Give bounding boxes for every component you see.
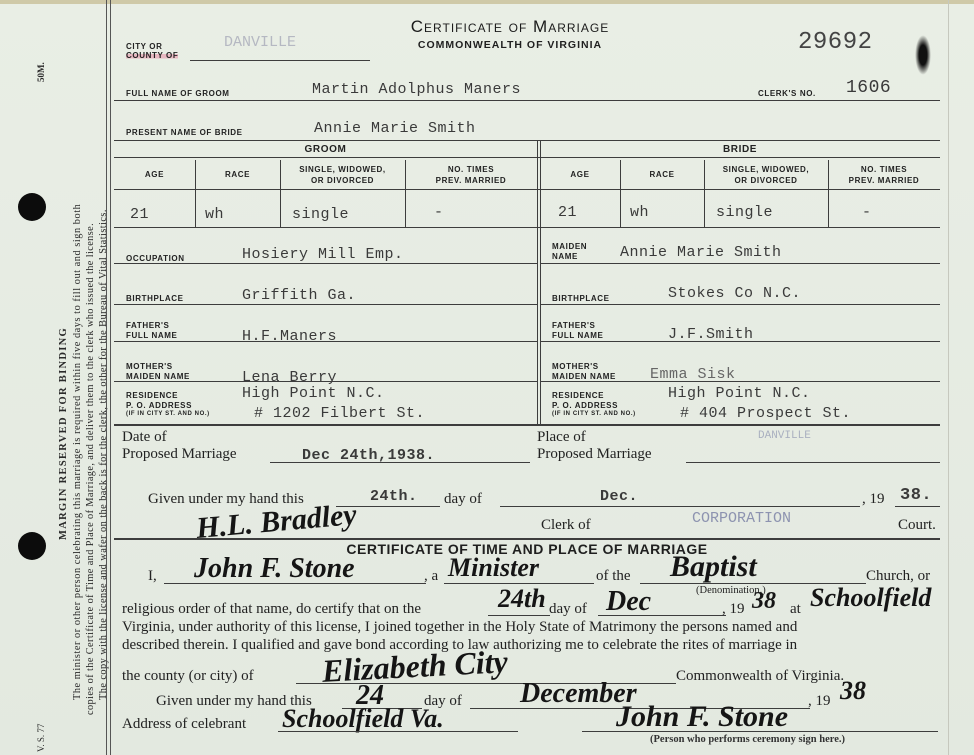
bride-mother-label-1: Mother's [552,362,599,371]
groom-residence-street: # 1202 Filbert St. [254,405,425,422]
bride-birthplace: Stokes Co N.C. [668,285,801,302]
given-year-prefix: , 19 [862,491,885,508]
groom-birthplace-label: Birthplace [126,294,184,303]
groom-occupation-label: Occupation [126,254,185,263]
section-divider-2 [114,538,940,540]
row-line [114,341,537,342]
ink-blot [915,35,931,75]
place-line [686,462,940,463]
officiant-title: Minister [448,553,539,583]
bride-name-label: Present Name of Bride [126,128,243,137]
religious-order-text: religious order of that name, do certify… [122,601,421,618]
marriage-certificate: 50M. V. S. 77 MARGIN RESERVED FOR BINDIN… [0,0,974,755]
groom-race: wh [205,206,224,223]
bride-times-header-1: No. Times [828,165,940,174]
bride-times-header-2: Prev. Married [828,176,940,185]
proposed-place: DANVILLE [758,430,811,442]
binding-margin: 50M. V. S. 77 MARGIN RESERVED FOR BINDIN… [0,0,108,755]
groom-name-label: Full Name of Groom [126,89,230,98]
ceremony-location: Schoolfield [810,583,931,613]
bride-race-header: Race [620,170,704,179]
given-year: 38. [900,486,932,505]
groom-times-married: - [434,204,444,221]
groom-mother-label-1: Mother's [126,362,173,371]
margin-rule-2 [110,0,111,755]
commonwealth-label: Commonwealth of Virginia. [676,668,844,685]
ceremony-at: at [790,601,801,618]
place-label-1: Place of [537,429,586,446]
ceremony-year: 38 [752,588,776,615]
ceremony-month: Dec [606,586,651,618]
bride-maiden-label-1: Maiden [552,242,587,251]
denomination: Baptist [670,550,757,584]
bride-maiden-label-2: Name [552,252,578,261]
county-label: the county (or city) of [122,668,254,685]
margin-instruction-2: copies of the Certificate of Time and Pl… [85,223,96,715]
bride-status: single [716,204,773,221]
row-line [114,381,537,382]
groom-name-value: Martin Adolphus Maners [312,81,521,98]
section-divider [114,424,940,426]
groom-birthplace: Griffith Ga. [242,287,356,304]
date-label-2: Proposed Marriage [122,446,237,463]
groom-father-label-2: Full Name [126,331,177,340]
groom-race-header: Race [195,170,280,179]
bride-status-header-1: Single, Widowed, [704,165,828,174]
bride-father-label-2: Full Name [552,331,603,340]
ceremony-given-year-prefix: , 19 [808,693,831,710]
clerk-no-value: 1606 [846,78,891,98]
groom-age-header: Age [114,170,195,179]
bride-name-line [114,140,940,141]
bride-race: wh [630,204,649,221]
bride-status-header-2: or Divorced [704,176,828,185]
groom-father: H.F.Maners [242,328,337,345]
bride-father-label-1: Father's [552,321,595,330]
groom-age: 21 [130,206,149,223]
county-label: County of [126,51,178,60]
form-code: V. S. 77 [36,724,46,752]
margin-instruction-1: The minister or other person celebrating… [72,204,83,700]
row-line [540,304,940,305]
center-divider [537,140,538,425]
address-line [278,731,518,732]
city-label-1: City or [126,42,163,51]
bride-residence-label-3: (If in city st. and no.) [552,411,636,417]
groom-residence-label-1: Residence [126,391,178,400]
bride-residence-label-2: P. O. Address [552,401,618,410]
court-label: Court. [898,517,936,534]
signature-caption: (Person who performs ceremony sign here.… [650,734,845,745]
certificate-number: 29692 [798,29,873,56]
form-count: 50M. [36,62,46,82]
groom-residence-label-2: P. O. Address [126,401,192,410]
date-line [270,462,530,463]
groom-residence-label-3: (If in city st. and no.) [126,411,210,417]
place-label-2: Proposed Marriage [537,446,652,463]
groom-mother: Lena Berry [242,369,337,386]
given-day-of: day of [444,491,482,508]
margin-heading: MARGIN RESERVED FOR BINDING [58,327,69,540]
officiant-line [164,583,426,584]
right-edge [948,0,949,755]
ceremony-given-year: 38 [840,676,866,706]
row-line [114,304,537,305]
groom-times-header-2: Prev. Married [405,176,537,185]
center-divider-2 [540,140,541,425]
given-year-line [895,506,940,507]
court-value: CORPORATION [692,510,791,527]
groom-status: single [292,206,349,223]
clerk-of-label: Clerk of [541,517,591,534]
certificate-subtitle: Commonwealth of Virginia [370,39,650,51]
bride-residence-label-1: Residence [552,391,604,400]
margin-rule-1 [106,0,107,755]
certificate-title: Certificate of Marriage [370,17,650,37]
given-month-line [500,506,860,507]
groom-name-line [114,100,940,101]
bride-residence-city: High Point N.C. [668,385,811,402]
ceremony-a: , a [424,568,438,585]
groom-mother-label-2: Maiden Name [126,372,190,381]
punch-hole-top [18,193,46,221]
row-line [540,341,940,342]
bride-mother-label-2: Maiden Name [552,372,616,381]
date-label-1: Date of [122,429,167,446]
address-label: Address of celebrant [122,716,246,733]
groom-times-header-1: No. Times [405,165,537,174]
row-line [540,263,940,264]
table-header-line [114,189,940,190]
groom-heading: Groom [114,144,537,155]
clerk-no-label: Clerk's No. [758,89,816,98]
given-day: 24th. [370,488,418,505]
ceremony-i: I, [148,568,157,585]
officiant-name: John F. Stone [194,553,355,585]
groom-occupation: Hosiery Mill Emp. [242,246,404,263]
groom-status-header-2: or Divorced [280,176,405,185]
top-edge [0,0,974,4]
row-line [114,263,537,264]
paragraph-line-1: Virginia, under authority of this licens… [122,619,797,636]
ceremony-month-line [598,615,726,616]
bride-heading: Bride [540,144,940,155]
groom-residence-city: High Point N.C. [242,385,385,402]
punch-hole-bottom [18,532,46,560]
of-the: of the [596,568,631,585]
row-line [540,381,940,382]
city-line [190,60,370,61]
table-heading-line [114,157,940,158]
ceremony-day-of: day of [549,601,587,618]
groom-father-label-1: Father's [126,321,169,330]
signature-line [582,731,938,732]
bride-maiden-name: Annie Marie Smith [620,244,782,261]
ceremony-day: 24th [498,584,546,614]
bride-birthplace-label: Birthplace [552,294,610,303]
groom-status-header-1: Single, Widowed, [280,165,405,174]
bride-age: 21 [558,204,577,221]
margin-instruction-3: The copy with the license and wafer on t… [98,209,109,700]
city-value: DANVILLE [224,34,296,51]
table-values-line [114,227,940,228]
ceremony-year-prefix: , 19 [722,601,745,618]
address-value: Schoolfield Va. [282,704,444,734]
bride-times-married: - [862,204,872,221]
ceremony-day-line [488,615,550,616]
bride-age-header: Age [540,170,620,179]
bride-name-value: Annie Marie Smith [314,120,476,137]
bride-residence-street: # 404 Prospect St. [680,405,851,422]
given-month: Dec. [600,488,638,505]
officiant-signature: John F. Stone [616,700,788,734]
